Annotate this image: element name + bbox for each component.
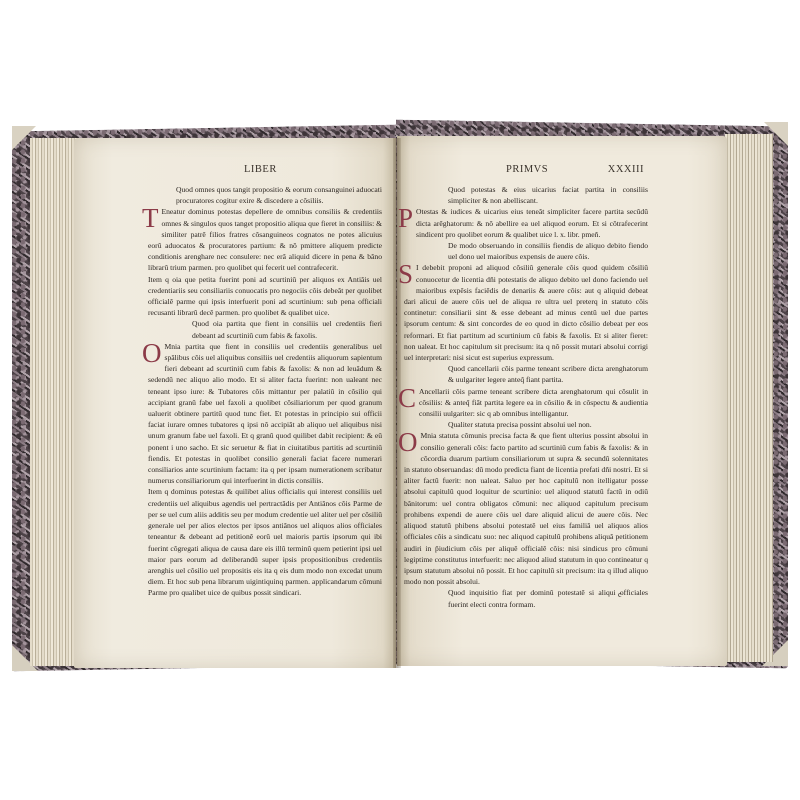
rubric-heading: De modo obseruando in consiliis fiendis … xyxy=(404,240,648,262)
red-initial: C xyxy=(398,387,416,409)
red-initial: T xyxy=(142,207,159,229)
paragraph: O Mnia statuta cõmunis precisa facta & q… xyxy=(404,430,648,587)
running-head-title: PRIMVS xyxy=(506,164,548,175)
paragraph: O Mnia partita que fient in consiliis ue… xyxy=(148,341,382,487)
text-block-edge-right xyxy=(725,134,773,662)
right-page-text: PRIMVS XXXIII Quod potestas & eius uicar… xyxy=(404,162,648,610)
red-initial: P xyxy=(398,207,413,229)
paragraph-text: I debebit proponi ad aliquod cõsiliũ gen… xyxy=(404,262,648,363)
left-page-text: LIBER Quod omnes quos tangit propositio … xyxy=(148,162,382,599)
paragraph-text: Ancellarii cõis parme teneant scribere d… xyxy=(404,386,648,420)
rubric-heading: Quod cancellarii cõis parme teneant scri… xyxy=(404,363,648,385)
signature-mark: c xyxy=(618,590,622,599)
paragraph-text: Mnia partita que fient in consiliis uel … xyxy=(148,341,382,487)
paragraph-text: Otestas & iudices & uicarius eius teneãt… xyxy=(404,206,648,240)
text-block-edge-left xyxy=(30,138,78,666)
red-initial: O xyxy=(142,342,162,364)
running-head-right: PRIMVS XXXIII xyxy=(404,162,648,184)
folio-number: XXXIII xyxy=(608,164,644,175)
rubric-heading: Quod omnes quos tangit propositio & eoru… xyxy=(148,184,382,206)
rubric-heading: Quod inquisitio fiat per dominũ potestat… xyxy=(404,587,648,609)
paragraph-text: Item q oia que petita fuerint poni ad sc… xyxy=(148,274,382,319)
red-initial: O xyxy=(398,431,418,453)
paragraph-text: Mnia statuta cõmunis precisa facta & que… xyxy=(404,430,648,587)
paragraph: S I debebit proponi ad aliquod cõsiliũ g… xyxy=(404,262,648,363)
rubric-heading: Quod oia partita que fient in consiliis … xyxy=(148,318,382,340)
running-head-left: LIBER xyxy=(148,162,382,184)
paragraph-text: Item q dominus potestas & quilibet alius… xyxy=(148,486,382,598)
red-initial: S xyxy=(398,263,413,285)
rubric-heading: Qualiter statuta precisa possint absolui… xyxy=(404,419,648,430)
paragraph: C Ancellarii cõis parme teneant scribere… xyxy=(404,386,648,420)
rubric-heading: Quod potestas & eius uicarius faciat par… xyxy=(404,184,648,206)
paragraph: T Eneatur dominus potestas depellere de … xyxy=(148,206,382,273)
paragraph: P Otestas & iudices & uicarius eius tene… xyxy=(404,206,648,240)
paragraph-text: Eneatur dominus potestas depellere de om… xyxy=(148,206,382,273)
running-head-title: LIBER xyxy=(244,164,277,175)
book-photo: LIBER Quod omnes quos tangit propositio … xyxy=(0,0,800,800)
